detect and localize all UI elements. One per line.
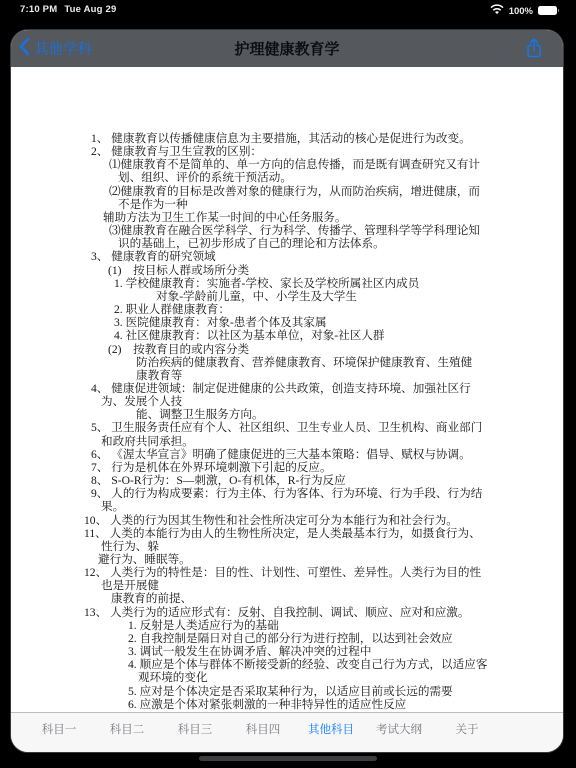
tab-科目三[interactable]: 科目三 [161,721,229,737]
text-line: (1) 按目标人群或场所分类 [11,264,563,277]
text-line: 8、 S-O-R行为：S—刺激，O-有机体，R-行为反应 [11,474,563,487]
text-line: (2) 按教育目的或内容分类 [11,343,563,356]
text-line: 9、 人的行为构成要素：行为主体、行为客体、行为环境、行为手段、行为结 [11,487,563,500]
app-window: 其他学科 护理健康教育学 1、 健康教育以传播健康信息为主要措施，其活动的核心是… [10,29,564,753]
text-line: 5. 应对是个体决定是否采取某种行为，以适应目前或长远的需要 [11,685,563,698]
navigation-bar: 其他学科 护理健康教育学 [11,30,563,67]
text-line: 1. 学校健康教育：实施者-学校、家长及学校所属社区内成员 [11,277,563,290]
tab-科目二[interactable]: 科目二 [93,721,161,737]
tab-科目一[interactable]: 科目一 [25,721,93,737]
battery-icon [538,6,559,16]
text-line: 4. 顺应是个体与群体不断接受新的经验、改变自己行为方式，以适应客 [11,658,563,671]
text-line: 10、 人类的行为因其生物性和社会性所决定可分为本能行为和社会行为。 [11,514,563,527]
text-line: 防治疾病的健康教育、营养健康教育、环境保护健康教育、生殖健 [11,356,563,369]
text-line: 果。 [11,500,563,513]
status-bar: 7:10 PM Tue Aug 29 100% [0,0,576,28]
text-line: 和政府共同承担。 [11,435,563,448]
text-line: 7、 行为是机体在外界环境刺激下引起的反应。 [11,461,563,474]
tab-bar-items: 科目一科目二科目三科目四其他科目考试大纲关于 [11,713,563,737]
text-line: 3、 健康教育的研究领域 [11,250,563,263]
tab-关于[interactable]: 关于 [433,721,501,737]
content-lines: 1、 健康教育以传播健康信息为主要措施，其活动的核心是促进行为改变。2、 健康教… [11,67,563,711]
text-line: ⑵健康教育的目标是改善对象的健康行为，从而防治疾病，增进健康，而 [11,185,563,198]
text-line: 12、 人类行为的特性是：目的性、计划性、可塑性、差异性。人类行为目的性 [11,566,563,579]
page-title: 护理健康教育学 [11,30,563,67]
wifi-icon [490,4,504,18]
chevron-left-icon [18,37,30,61]
tab-其他科目[interactable]: 其他科目 [297,721,365,737]
text-line: 5、 卫生服务责任应有个人、社区组织、卫生专业人员、卫生机构、商业部门 [11,421,563,434]
text-line: 为、发展个人技 [11,395,563,408]
text-line: 也是开展健 [11,579,563,592]
text-line: 1、 健康教育以传播健康信息为主要措施，其活动的核心是促进行为改变。 [11,132,563,145]
text-line: 6、 《渥太华宣言》明确了健康促进的三大基本策略：倡导、赋权与协调。 [11,448,563,461]
tab-考试大纲[interactable]: 考试大纲 [365,721,433,737]
back-button-label: 其他学科 [34,38,92,59]
text-line: 避行为、睡眠等。 [11,553,563,566]
text-line: 性行为、躲 [11,540,563,553]
status-date: Tue Aug 29 [64,4,116,15]
tab-科目四[interactable]: 科目四 [229,721,297,737]
text-line: 6. 应激是个体对紧张刺激的一种非特异性的适应性反应 [11,698,563,711]
share-icon[interactable] [525,37,543,60]
text-line: 辅助方法为卫生工作某一时间的中心任务服务。 [11,211,563,224]
text-line: 4. 社区健康教育：以社区为基本单位，对象-社区人群 [11,329,563,342]
text-line: 康教育的前提、 [11,592,563,605]
text-line: ⑶健康教育在融合医学科学、行为科学、传播学、管理科学等学科理论知 [11,224,563,237]
tab-bar: 科目一科目二科目三科目四其他科目考试大纲关于 [11,712,563,752]
back-button[interactable]: 其他学科 [18,30,92,67]
text-line: 2. 自我控制是隔日对自己的部分行为进行控制，以达到社会效应 [11,632,563,645]
status-time: 7:10 PM [20,4,57,15]
text-line: 划、组织、评价的系统干预活动。 [11,171,563,184]
battery-percent: 100% [509,6,533,17]
text-line: ⑴健康教育不是简单的、单一方向的信息传播，而是既有调查研究又有计 [11,158,563,171]
text-line: 识的基础上，已初步形成了自己的理论和方法体系。 [11,237,563,250]
text-line: 3. 调试一般发生在协调矛盾、解决冲突的过程中 [11,645,563,658]
text-line: 2. 职业人群健康教育： [11,303,563,316]
text-line: 康教育等 [11,369,563,382]
text-line: 3. 医院健康教育：对象-患者个体及其家属 [11,316,563,329]
text-line: 11、 人类的本能行为由人的生物性所决定，是人类最基本行为，如摄食行为、 [11,527,563,540]
home-indicator[interactable] [199,756,377,761]
text-line: 13、 人类行为的适应形式有：反射、自我控制、调试、顺应、应对和应激。 [11,606,563,619]
text-line: 1. 反射是人类适应行为的基础 [11,619,563,632]
text-line: 对象-学龄前儿童，中、小学生及大学生 [11,290,563,303]
text-line: 能、调整卫生服务方向。 [11,408,563,421]
document-content[interactable]: 1、 健康教育以传播健康信息为主要措施，其活动的核心是促进行为改变。2、 健康教… [11,67,563,712]
text-line: 2、 健康教育与卫生宣教的区别： [11,145,563,158]
text-line: 4、 健康促进领域：制定促进健康的公共政策，创造支持环境、加强社区行 [11,382,563,395]
text-line: 不是作为一种 [11,198,563,211]
text-line: 观环境的变化 [11,671,563,684]
